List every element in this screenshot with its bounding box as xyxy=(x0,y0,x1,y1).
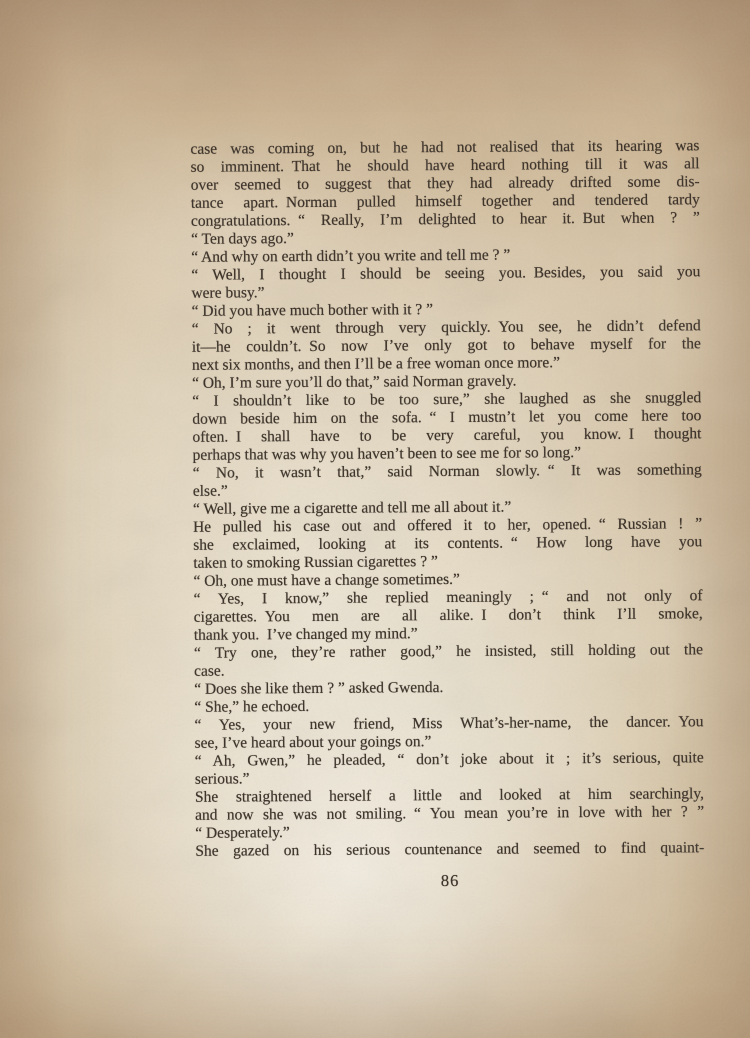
text-line: She gazed on his serious countenance and… xyxy=(195,839,704,861)
text-line: “ Ah, Gwen,” he pleaded, “ don’t joke ab… xyxy=(195,749,704,771)
text-line: often. I shall have to be very careful, … xyxy=(192,425,701,447)
text-line: it—he couldn’t. So now I’ve only got to … xyxy=(192,335,701,357)
text-line: “ Yes, your new friend, Miss What’s-her-… xyxy=(194,713,703,735)
page-number: 86 xyxy=(195,870,704,896)
book-page-scan: case was coming on, but he had not reali… xyxy=(0,0,750,1038)
text-line: she exclaimed, looking at its contents. … xyxy=(193,533,702,555)
text-line: “ Try one, they’re rather good,” he insi… xyxy=(194,641,703,663)
text-line: congratulations. “ Really, I’m delighted… xyxy=(191,209,700,231)
text-line: cigarettes. You men are all alike. I don… xyxy=(194,605,703,627)
text-line: “ Well, I thought I should be seeing you… xyxy=(191,263,700,285)
text-line: “ No, it wasn’t that,” said Norman slowl… xyxy=(193,461,702,483)
text-line: and now she was not smiling. “ You mean … xyxy=(195,803,704,825)
page-text-block: case was coming on, but he had not reali… xyxy=(190,137,704,896)
